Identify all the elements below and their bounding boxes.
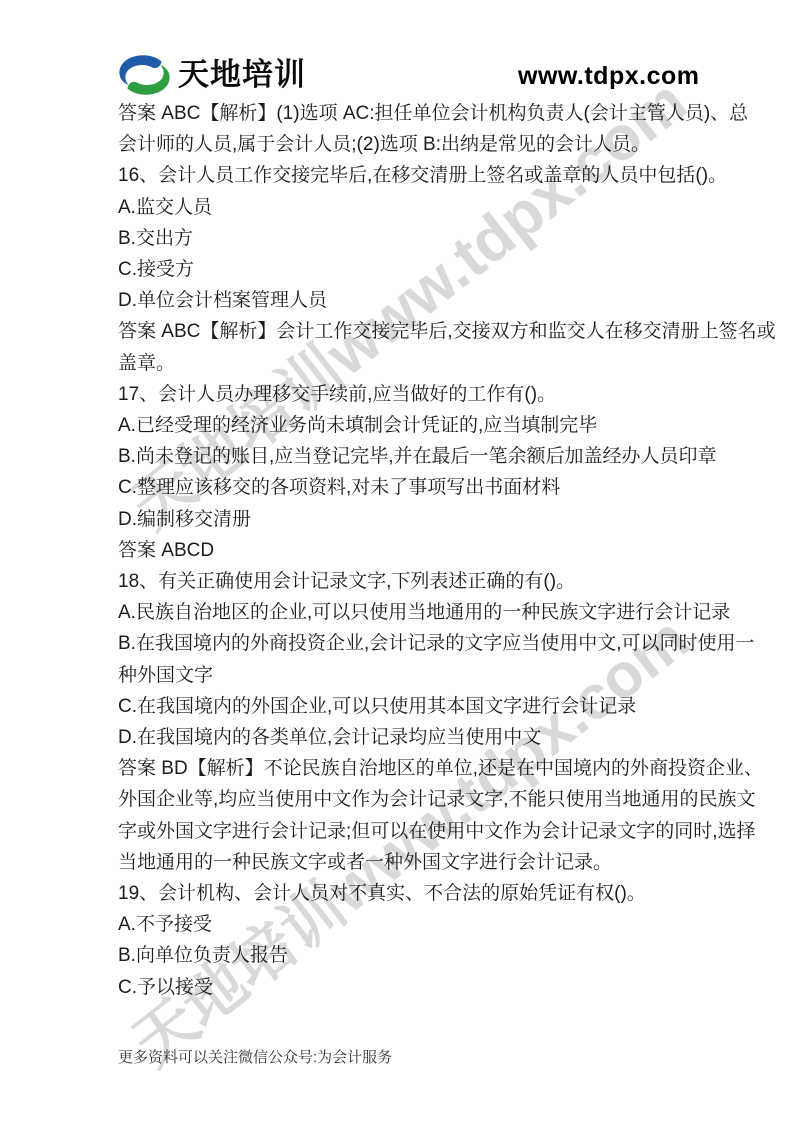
tdpx-swirl-logo-icon [116,54,173,96]
text-line: A.民族自治地区的企业,可以只使用当地通用的一种民族文字进行会计记录 [118,597,680,628]
text-line: 16、会计人员工作交接完毕后,在移交清册上签名或盖章的人员中包括()。 [118,160,680,191]
text-line: A.监交人员 [118,192,680,223]
text-line: A.不予接受 [118,909,680,940]
text-line: C.接受方 [118,254,680,285]
text-line: C.整理应该移交的各项资料,对未了事项写出书面材料 [118,472,680,503]
text-line: B.尚未登记的账目,应当登记完毕,并在最后一笔余额后加盖经办人员印章 [118,441,680,472]
text-line: B.在我国境内的外商投资企业,会计记录的文字应当使用中文,可以同时使用一 [118,628,680,659]
text-line: D.单位会计档案管理人员 [118,285,680,316]
header-website-url: www.tdpx.com [518,62,699,91]
text-line: D.在我国境内的各类单位,会计记录均应当使用中文 [118,722,680,753]
text-line: 当地通用的一种民族文字或者一种外国文字进行会计记录。 [118,847,680,878]
text-line: 答案 ABC【解析】(1)选项 AC:担任单位会计机构负责人(会计主管人员)、总 [118,98,680,129]
text-line: D.编制移交清册 [118,504,680,535]
text-line: 18、有关正确使用会计记录文字,下列表述正确的有()。 [118,566,680,597]
text-line: B.向单位负责人报告 [118,940,680,971]
document-page: 天地培训www.tdpx.com 天地培训www.tdpx.com 天地培训 w… [0,0,793,1122]
text-line: 字或外国文字进行会计记录;但可以在使用中文作为会计记录文字的同时,选择 [118,816,680,847]
text-line: 种外国文字 [118,660,680,691]
text-line: B.交出方 [118,223,680,254]
logo-brand-text: 天地培训 [178,54,306,96]
logo: 天地培训 [116,54,306,96]
text-line: 盖章。 [118,348,680,379]
text-line: 会计师的人员,属于会计人员;(2)选项 B:出纳是常见的会计人员。 [118,129,680,160]
text-line: A.已经受理的经济业务尚未填制会计凭证的,应当填制完毕 [118,410,680,441]
text-line: 答案 BD【解析】不论民族自治地区的单位,还是在中国境内的外商投资企业、 [118,753,680,784]
footer-note: 更多资料可以关注微信公众号:为会计服务 [118,1046,392,1067]
text-line: 答案 ABCD [118,535,680,566]
text-line: 外国企业等,均应当使用中文作为会计记录文字,不能只使用当地通用的民族文 [118,784,680,815]
text-line: 答案 ABC【解析】会计工作交接完毕后,交接双方和监交人在移交清册上签名或 [118,316,680,347]
text-line: 17、会计人员办理移交手续前,应当做好的工作有()。 [118,379,680,410]
text-line: C.在我国境内的外国企业,可以只使用其本国文字进行会计记录 [118,691,680,722]
document-body: 答案 ABC【解析】(1)选项 AC:担任单位会计机构负责人(会计主管人员)、总… [118,98,680,1003]
text-line: C.予以接受 [118,972,680,1003]
text-line: 19、会计机构、会计人员对不真实、不合法的原始凭证有权()。 [118,878,680,909]
